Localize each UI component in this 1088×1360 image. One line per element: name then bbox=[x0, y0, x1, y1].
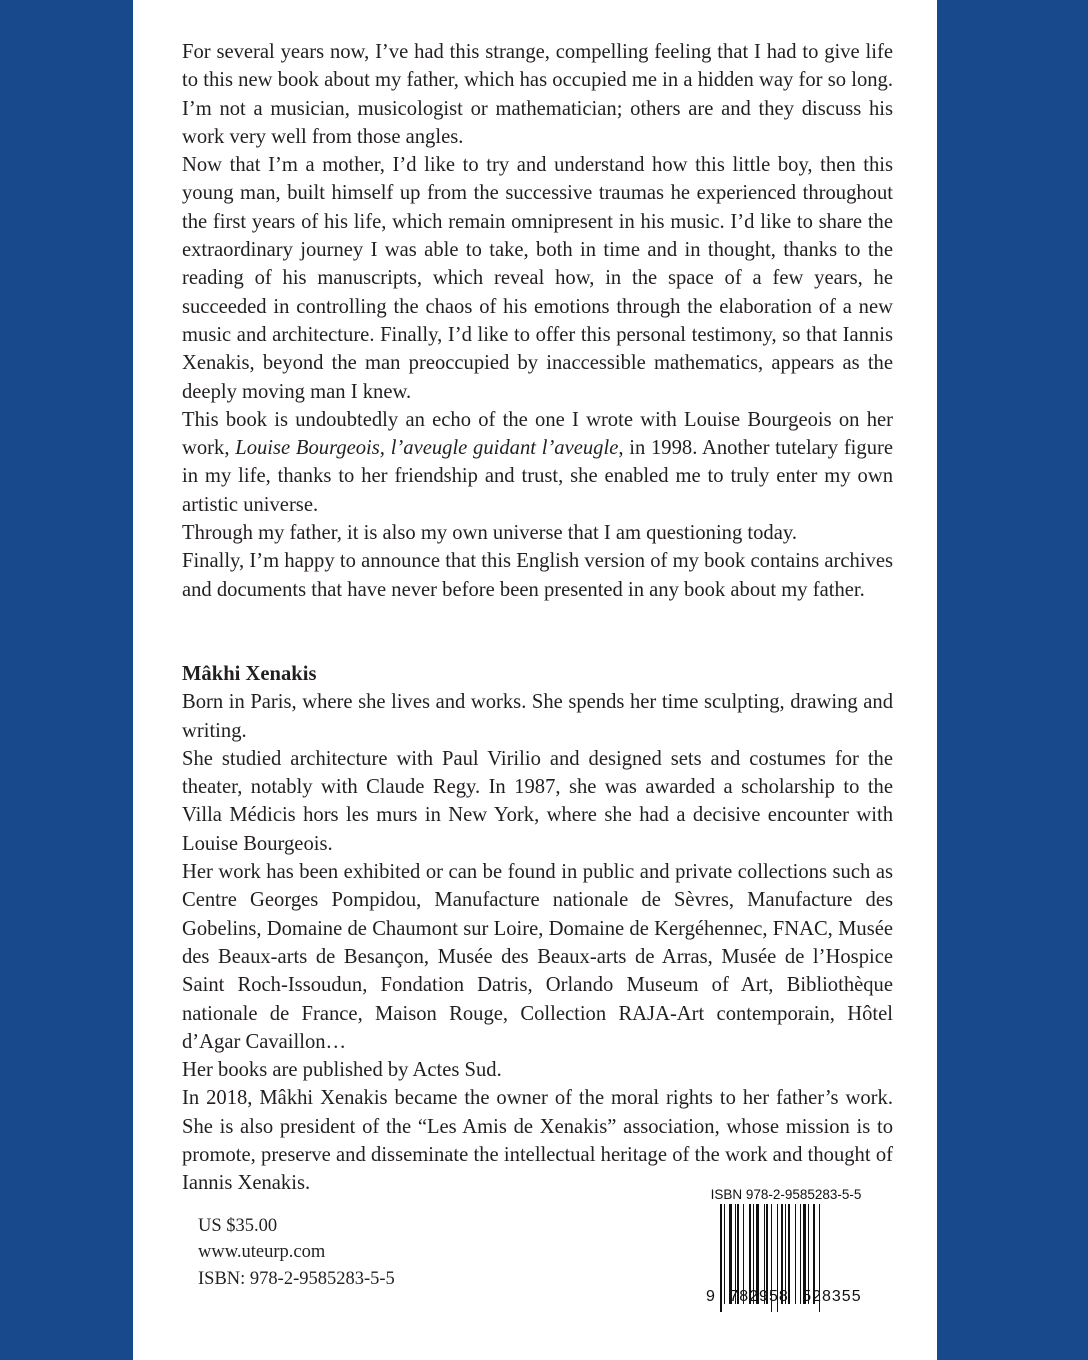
bio-paragraph: Born in Paris, where she lives and works… bbox=[182, 688, 893, 745]
bio-paragraph: She studied architecture with Paul Viril… bbox=[182, 745, 893, 858]
barcode-isbn-label: ISBN 978-2-9585283-5-5 bbox=[706, 1187, 866, 1202]
barcode-bars bbox=[706, 1204, 866, 1304]
barcode: ISBN 978-2-9585283-5-5 9 782958 528355 bbox=[706, 1187, 866, 1306]
bio-paragraph: Her work has been exhibited or can be fo… bbox=[182, 858, 893, 1056]
cover-band-left bbox=[0, 0, 133, 1360]
cover-band-right bbox=[937, 0, 1088, 1360]
body-text: For several years now, I’ve had this str… bbox=[182, 38, 893, 1198]
back-cover-page: For several years now, I’ve had this str… bbox=[133, 0, 937, 1360]
paragraph-1: For several years now, I’ve had this str… bbox=[182, 38, 893, 151]
isbn: ISBN: 978-2-9585283-5-5 bbox=[198, 1266, 395, 1292]
website: www.uteurp.com bbox=[198, 1239, 395, 1265]
paragraph-2: Now that I’m a mother, I’d like to try a… bbox=[182, 151, 893, 406]
section-gap bbox=[182, 604, 893, 660]
author-name: Mâkhi Xenakis bbox=[182, 660, 893, 688]
paragraph-5: Finally, I’m happy to announce that this… bbox=[182, 547, 893, 604]
bio-paragraph: Her books are published by Actes Sud. bbox=[182, 1056, 893, 1084]
book-title: Louise Bourgeois, l’aveugle guidant l’av… bbox=[235, 437, 618, 459]
price: US $35.00 bbox=[198, 1213, 395, 1239]
bio-paragraph: In 2018, Mâkhi Xenakis became the owner … bbox=[182, 1084, 893, 1197]
publication-info: US $35.00 www.uteurp.com ISBN: 978-2-958… bbox=[198, 1213, 395, 1292]
paragraph-3: This book is undoubtedly an echo of the … bbox=[182, 406, 893, 519]
paragraph-4: Through my father, it is also my own uni… bbox=[182, 519, 893, 547]
